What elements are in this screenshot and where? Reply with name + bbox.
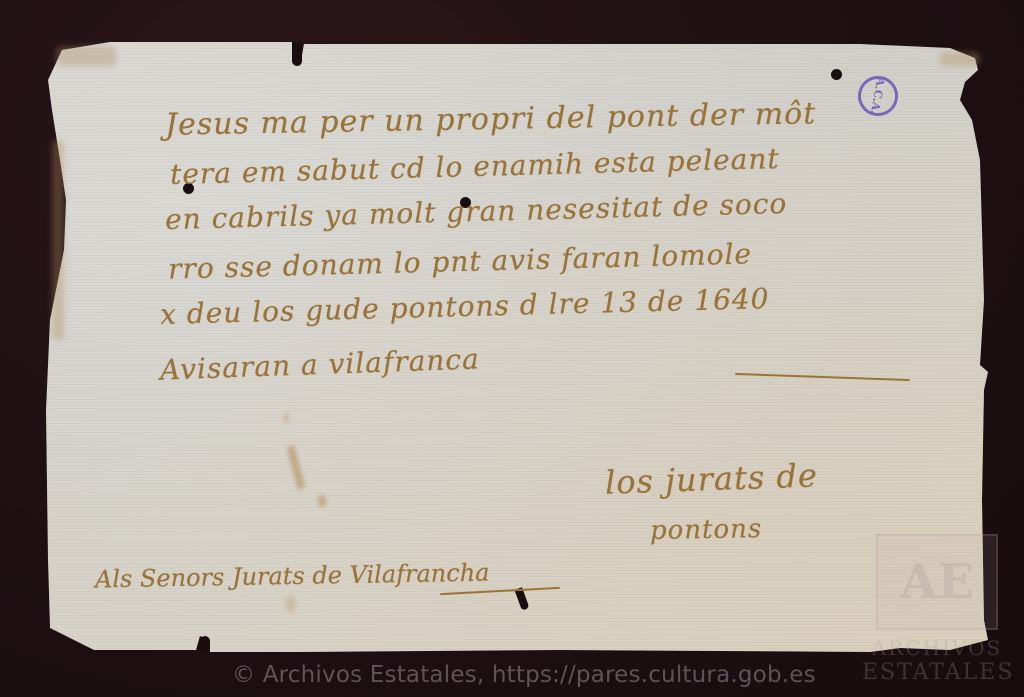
signature-line: pontons [650, 514, 763, 546]
logo-text: ARCHIVOS [862, 636, 1012, 660]
logo-text: ESTATALES [862, 660, 1012, 685]
paper-notch [200, 636, 210, 654]
ink-stain [318, 495, 326, 507]
edge-stain [56, 46, 116, 66]
signature-line: los jurats de [604, 456, 818, 501]
binding-hole [831, 69, 842, 80]
edge-stain [940, 52, 980, 66]
paper-notch [292, 42, 302, 66]
logo-glyph: AE [876, 534, 998, 630]
copyright-watermark: © Archivos Estatales, https://pares.cult… [232, 662, 816, 688]
document-image-viewer: A.C.A. Jesus ma per un propri del pont d… [0, 0, 1024, 697]
ink-stain [283, 413, 289, 423]
archive-logo-watermark: AE ARCHIVOS ESTATALES [862, 528, 1012, 688]
edge-stain [52, 140, 64, 340]
ink-stain [286, 596, 296, 612]
